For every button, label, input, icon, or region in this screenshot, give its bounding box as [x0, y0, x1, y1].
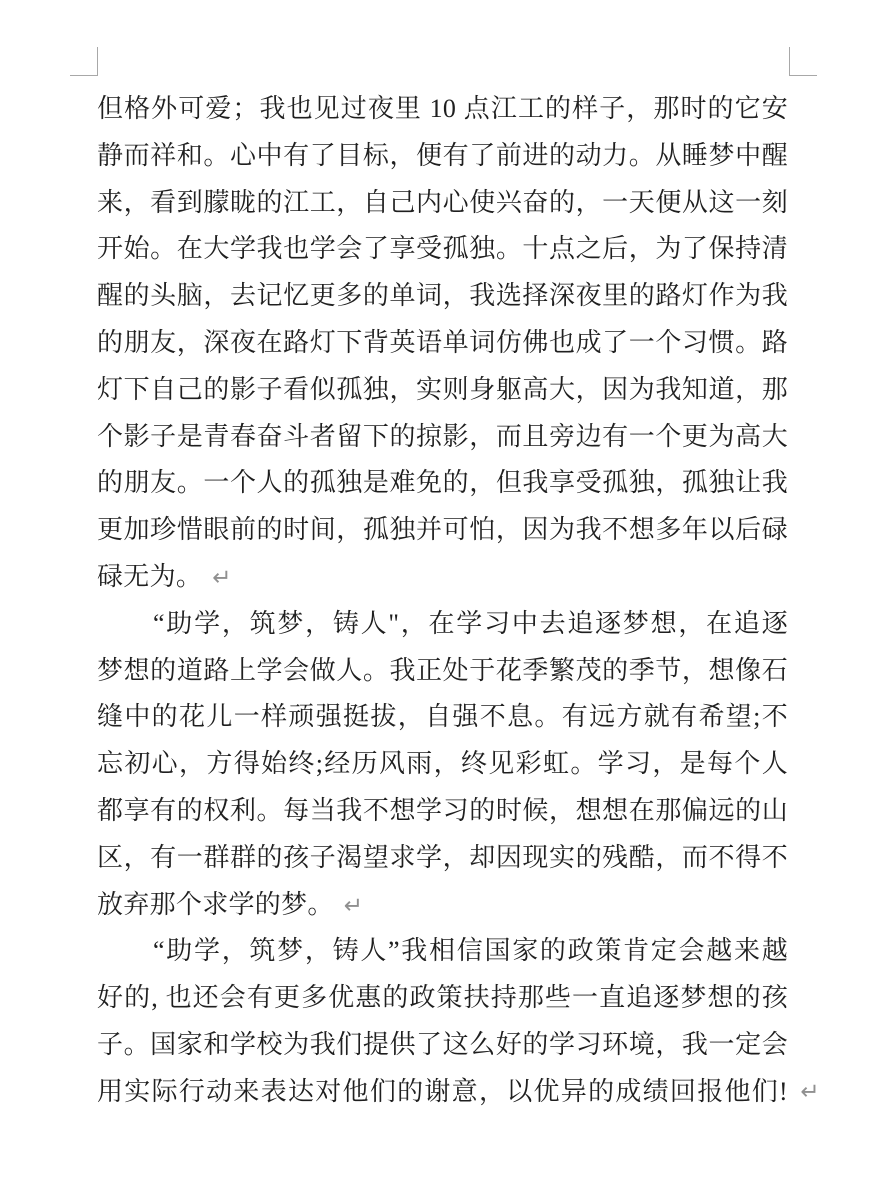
document-text: 但格外可爱；我也见过夜里 10 点江工的样子，那时的它安静而祥和。心中有了目标，…: [97, 86, 788, 1116]
text-line: 醒的头脑，去记忆更多的单词，我选择深夜里的路灯作为我: [97, 273, 788, 320]
text-line: 但格外可爱；我也见过夜里 10 点江工的样子，那时的它安: [97, 86, 788, 133]
paragraph-return-mark: ↵: [800, 1069, 820, 1116]
margin-crop-mark-top-left: [70, 47, 98, 76]
text-line: 用实际行动来表达对他们的谢意，以优异的成绩回报他们!↵: [97, 1069, 788, 1116]
text-line: 子。国家和学校为我们提供了这么好的学习环境，我一定会: [97, 1022, 788, 1069]
paragraph-return-mark: ↵: [344, 893, 364, 919]
text-line: 区，有一群群的孩子渴望求学，却因现实的残酷，而不得不: [97, 835, 788, 882]
text-line: “助学，筑梦，铸人”我相信国家的政策肯定会越来越: [97, 928, 788, 975]
text-line: 灯下自己的影子看似孤独，实则身躯高大，因为我知道，那: [97, 367, 788, 414]
text-line: 好的, 也还会有更多优惠的政策扶持那些一直追逐梦想的孩: [97, 975, 788, 1022]
text-line: 个影子是青春奋斗者留下的掠影，而且旁边有一个更为高大: [97, 414, 788, 461]
paragraph: “助学，筑梦，铸人”我相信国家的政策肯定会越来越好的, 也还会有更多优惠的政策扶…: [97, 928, 788, 1115]
text-line: 更加珍惜眼前的时间，孤独并可怕，因为我不想多年以后碌: [97, 507, 788, 554]
paragraph-return-mark: ↵: [212, 565, 232, 591]
text-line: 开始。在大学我也学会了享受孤独。十点之后，为了保持清: [97, 226, 788, 273]
paragraph: 但格外可爱；我也见过夜里 10 点江工的样子，那时的它安静而祥和。心中有了目标，…: [97, 86, 788, 601]
text-line: 的朋友。一个人的孤独是难免的，但我享受孤独，孤独让我: [97, 460, 788, 507]
text-line: “助学，筑梦，铸人"，在学习中去追逐梦想，在追逐: [97, 601, 788, 648]
text-line: 都享有的权利。每当我不想学习的时候，想想在那偏远的山: [97, 788, 788, 835]
text-line: 缝中的花儿一样顽强挺拔，自强不息。有远方就有希望;不: [97, 694, 788, 741]
text-line: 来，看到朦眬的江工，自己内心使兴奋的，一天便从这一刻: [97, 180, 788, 227]
document-page: 但格外可爱；我也见过夜里 10 点江工的样子，那时的它安静而祥和。心中有了目标，…: [0, 0, 877, 1203]
text-line: 放弃那个求学的梦。↵: [97, 882, 788, 929]
text-line: 忘初心，方得始终;经历风雨，终见彩虹。学习，是每个人: [97, 741, 788, 788]
text-line: 的朋友，深夜在路灯下背英语单词仿佛也成了一个习惯。路: [97, 320, 788, 367]
paragraph: “助学，筑梦，铸人"，在学习中去追逐梦想，在追逐梦想的道路上学会做人。我正处于花…: [97, 601, 788, 929]
margin-crop-mark-top-right: [789, 47, 817, 76]
text-line: 梦想的道路上学会做人。我正处于花季繁茂的季节，想像石: [97, 648, 788, 695]
text-line: 静而祥和。心中有了目标，便有了前进的动力。从睡梦中醒: [97, 133, 788, 180]
text-line: 碌无为。↵: [97, 554, 788, 601]
